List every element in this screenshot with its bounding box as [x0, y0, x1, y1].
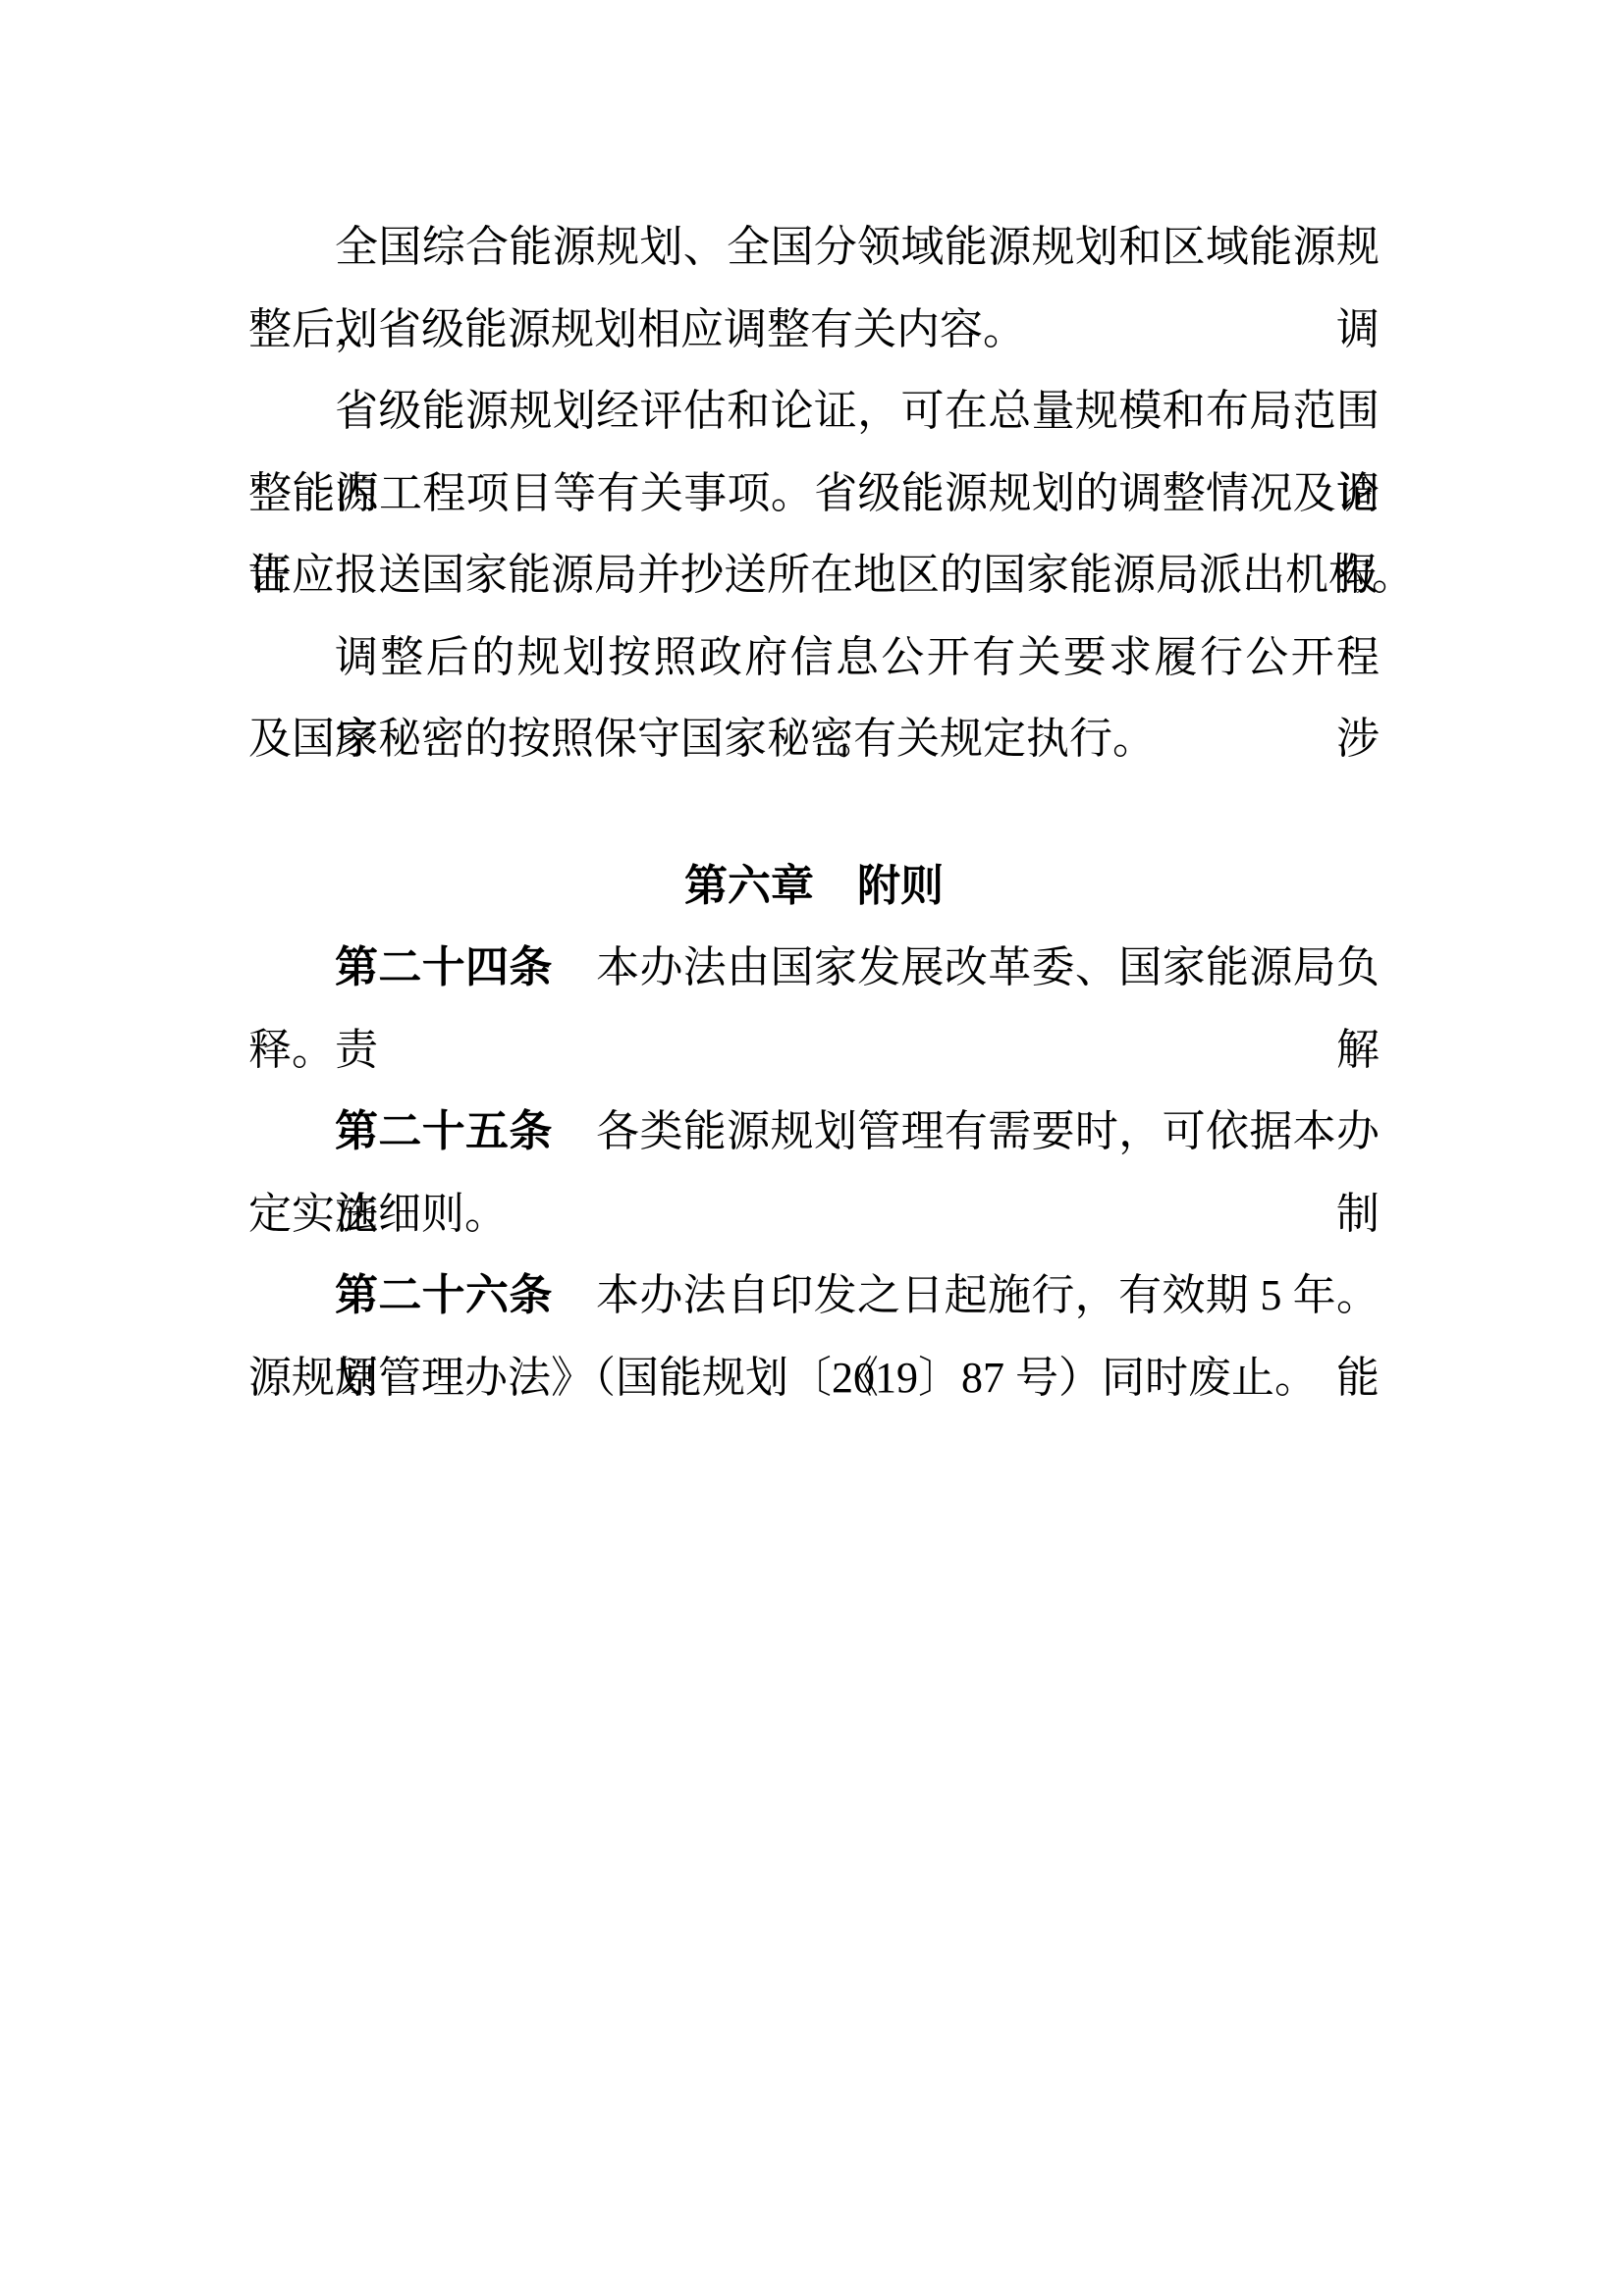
document-line: 调整后的规划按照政府信息公开有关要求履行公开程序。涉	[248, 616, 1380, 699]
article-number: 第二十六条	[335, 1271, 553, 1319]
text-run: 释。	[248, 1026, 335, 1074]
text-run: 源规划管理办法》（国能规划〔2019〕87 号）同时废止。	[248, 1354, 1318, 1402]
document-line: 告应报送国家能源局并抄送所在地区的国家能源局派出机构。	[248, 534, 1380, 616]
text-run: 定实施细则。	[248, 1190, 508, 1238]
text-run: 告应报送国家能源局并抄送所在地区的国家能源局派出机构。	[248, 551, 1415, 599]
document-line: 整能源工程项目等有关事项。省级能源规划的调整情况及论证报	[248, 453, 1380, 535]
article-number: 第二十五条	[335, 1107, 553, 1155]
document-line: 第二十四条 本办法由国家发展改革委、国家能源局负责解	[248, 927, 1380, 1009]
text-run: 整后，省级能源规划相应调整有关内容。	[248, 305, 1026, 353]
document-line: 省级能源规划经评估和论证，可在总量规模和布局范围内调	[248, 370, 1380, 453]
chapter-heading: 第六章 附则	[248, 845, 1380, 928]
document-line: 源规划管理办法》（国能规划〔2019〕87 号）同时废止。	[248, 1337, 1380, 1419]
document-line: 第二十五条 各类能源规划管理有需要时，可依据本办法制	[248, 1091, 1380, 1173]
article-number: 第二十四条	[335, 943, 553, 991]
document-line: 全国综合能源规划、全国分领域能源规划和区域能源规划调	[248, 206, 1380, 289]
text-run: 及国家秘密的按照保守国家秘密有关规定执行。	[248, 715, 1156, 763]
text-run: 第六章 附则	[684, 862, 944, 910]
document-line: 第二十六条 本办法自印发之日起施行，有效期 5 年。原《能	[248, 1255, 1380, 1337]
document-body: 全国综合能源规划、全国分领域能源规划和区域能源规划调整后，省级能源规划相应调整有…	[248, 206, 1380, 1418]
document-page: 全国综合能源规划、全国分领域能源规划和区域能源规划调整后，省级能源规划相应调整有…	[0, 0, 1624, 2296]
